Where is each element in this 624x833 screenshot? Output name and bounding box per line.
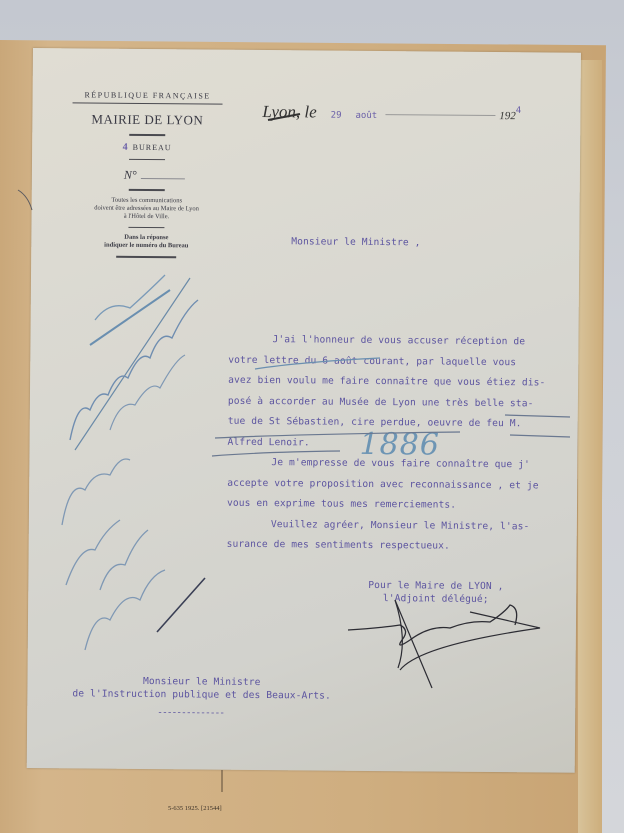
no-label: N°: [124, 168, 137, 182]
reply-line: indiquer le numéro du Bureau: [71, 241, 221, 250]
dateline-year-prefix: 192: [499, 110, 516, 122]
closing-line-1: Pour le Maire de LYON ,: [368, 579, 503, 593]
notice-line: doivent être adressées au Maire de Lyon: [72, 204, 222, 213]
divider: [129, 134, 165, 136]
divider: [116, 256, 176, 258]
footer-print-reference: 5-635 1925. [21544]: [168, 805, 222, 812]
dateline-month: août: [355, 111, 377, 121]
letter-page: RÉPUBLIQUE FRANÇAISE MAIRIE DE LYON 4BUR…: [27, 48, 581, 773]
letterhead-republic: RÉPUBLIQUE FRANÇAISE: [73, 90, 223, 104]
pencil-annotation-number: 1886: [359, 427, 440, 463]
dateline-day: 29: [331, 111, 342, 121]
body-line: surance de mes sentiments respectueux.: [227, 535, 597, 559]
addressee-line-2: de l'Instruction publique et des Beaux-A…: [72, 687, 331, 702]
dash-separator: --------------: [157, 707, 224, 719]
body-line: J'ai l'honneur de vous accuser réception…: [228, 330, 598, 354]
letterhead-notice: Toutes les communications doivent être a…: [72, 196, 222, 221]
number-blank-line: [141, 178, 185, 179]
reference-number-field: N°: [72, 167, 222, 183]
salutation: Monsieur le Ministre ,: [291, 236, 420, 248]
closing: Pour le Maire de LYON , l'Adjoint délégu…: [368, 579, 503, 606]
addressee: Monsieur le Ministre de l'Instruction pu…: [72, 674, 331, 702]
letterhead-bureau: 4BUREAU: [72, 141, 222, 153]
divider: [129, 158, 165, 160]
date-blank-line: [385, 114, 495, 116]
body-line: vous en exprime tous mes remerciements.: [227, 494, 597, 518]
notice-line: à l'Hôtel de Ville.: [72, 212, 222, 221]
bureau-number: 4: [123, 141, 129, 152]
bureau-label: BUREAU: [133, 142, 172, 151]
dateline-place: Lyon, le: [262, 102, 316, 121]
letterhead-mairie: MAIRIE DE LYON: [72, 111, 222, 128]
dateline-year-suffix: 4: [516, 106, 522, 116]
dateline: Lyon, le 29 août 1924: [262, 102, 562, 125]
letterhead-reply-instruction: Dans la réponse indiquer le numéro du Bu…: [71, 233, 221, 250]
divider: [129, 189, 165, 191]
divider: [128, 226, 164, 228]
closing-line-2: l'Adjoint délégué;: [368, 592, 503, 606]
letterhead: RÉPUBLIQUE FRANÇAISE MAIRIE DE LYON 4BUR…: [71, 90, 222, 264]
body-line: avez bien voulu me faire connaître que v…: [228, 371, 598, 395]
